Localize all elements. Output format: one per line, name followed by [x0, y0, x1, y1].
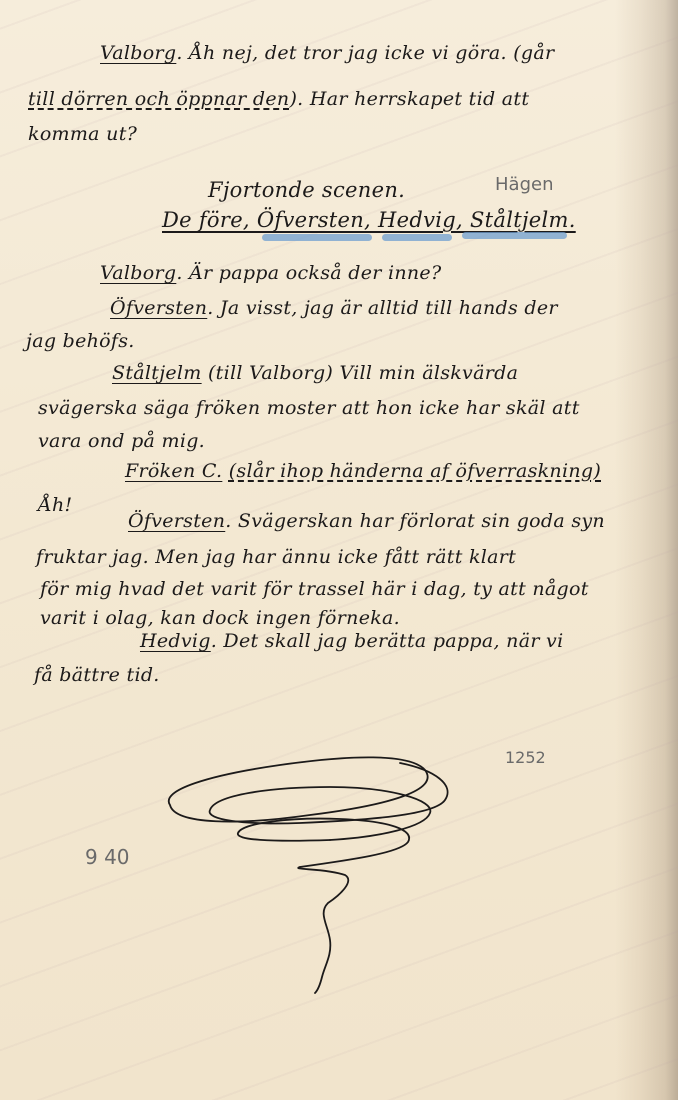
speech-text: vara ond på mig. [38, 430, 205, 452]
speech-text: (till Valborg) Vill min älskvärda [202, 362, 519, 384]
speaker-name: Ståltjelm [112, 362, 202, 384]
speech-text: varit i olag, kan dock ingen förneka. [40, 607, 400, 629]
dialogue-line: för mig hvad det varit för trassel här i… [40, 578, 589, 600]
text-line: Valborg. Åh nej, det tror jag icke vi gö… [100, 42, 554, 64]
stage-direction: till dörren och öppnar den [28, 88, 289, 110]
speech-text: komma ut? [28, 123, 137, 145]
speech-text: . Det skall jag berätta pappa, när vi [211, 630, 564, 652]
dialogue-line: Fröken C. (slår ihop händerna af öfverra… [125, 460, 601, 482]
dialogue-line: jag behöfs. [26, 330, 135, 352]
dialogue-line: Hedvig. Det skall jag berätta pappa, när… [140, 630, 563, 652]
pencil-number: 1252 [505, 748, 546, 767]
dialogue-line: svägerska säga fröken moster att hon ick… [38, 397, 580, 419]
speaker-name: Valborg [100, 42, 176, 64]
speaker-name: Valborg [100, 262, 176, 284]
blue-crayon-mark [382, 234, 452, 241]
speech-text: få bättre tid. [34, 664, 160, 686]
text-line: komma ut? [28, 123, 137, 145]
dialogue-line: Öfversten. Svägerskan har förlorat sin g… [128, 510, 605, 532]
dialogue-line: Åh! [38, 494, 73, 516]
scene-title-text: Fjortonde scenen. [208, 178, 405, 202]
speech-text: . Är pappa också der inne? [176, 262, 441, 284]
dialogue-line: Öfversten. Ja visst, jag är alltid till … [110, 297, 558, 319]
speech-text: . Åh nej, det tror jag icke vi göra. (gå… [176, 42, 554, 64]
speech-text: fruktar jag. Men jag har ännu icke fått … [36, 546, 516, 568]
speech-text: . Ja visst, jag är alltid till hands der [207, 297, 558, 319]
dialogue-line: fruktar jag. Men jag har ännu icke fått … [36, 546, 516, 568]
scene-characters: De före, Öfversten, Hedvig, Ståltjelm. [162, 208, 576, 232]
speaker-name: Öfversten [110, 297, 207, 319]
speaker-name: Hedvig [140, 630, 211, 652]
speaker-name: Öfversten [128, 510, 225, 532]
speech-text: svägerska säga fröken moster att hon ick… [38, 397, 580, 419]
scene-title: Fjortonde scenen. [208, 178, 405, 202]
stage-direction: (slår ihop händerna af öfverraskning) [229, 460, 601, 482]
speaker-name: Fröken C. [125, 460, 222, 482]
speech-text: för mig hvad det varit för trassel här i… [40, 578, 589, 600]
scene-characters-text: De före, Öfversten, Hedvig, Ståltjelm. [162, 208, 576, 232]
pencil-note: Hägen [495, 174, 553, 195]
blue-crayon-mark [462, 232, 567, 239]
speech-text: jag behöfs. [26, 330, 135, 352]
blue-crayon-mark [262, 234, 372, 241]
dialogue-line: vara ond på mig. [38, 430, 205, 452]
pencil-number: 9 40 [85, 845, 130, 869]
spiral-flourish-icon [150, 745, 470, 1005]
dialogue-line: Valborg. Är pappa också der inne? [100, 262, 441, 284]
dialogue-line: Ståltjelm (till Valborg) Vill min älskvä… [112, 362, 518, 384]
dialogue-line: få bättre tid. [34, 664, 160, 686]
speech-text: Åh! [38, 494, 73, 516]
speech-text: . Svägerskan har förlorat sin goda syn [225, 510, 605, 532]
dialogue-line: varit i olag, kan dock ingen förneka. [40, 607, 400, 629]
speech-text: ). Har herrskapet tid att [289, 88, 529, 110]
text-line: till dörren och öppnar den). Har herrska… [28, 88, 529, 110]
